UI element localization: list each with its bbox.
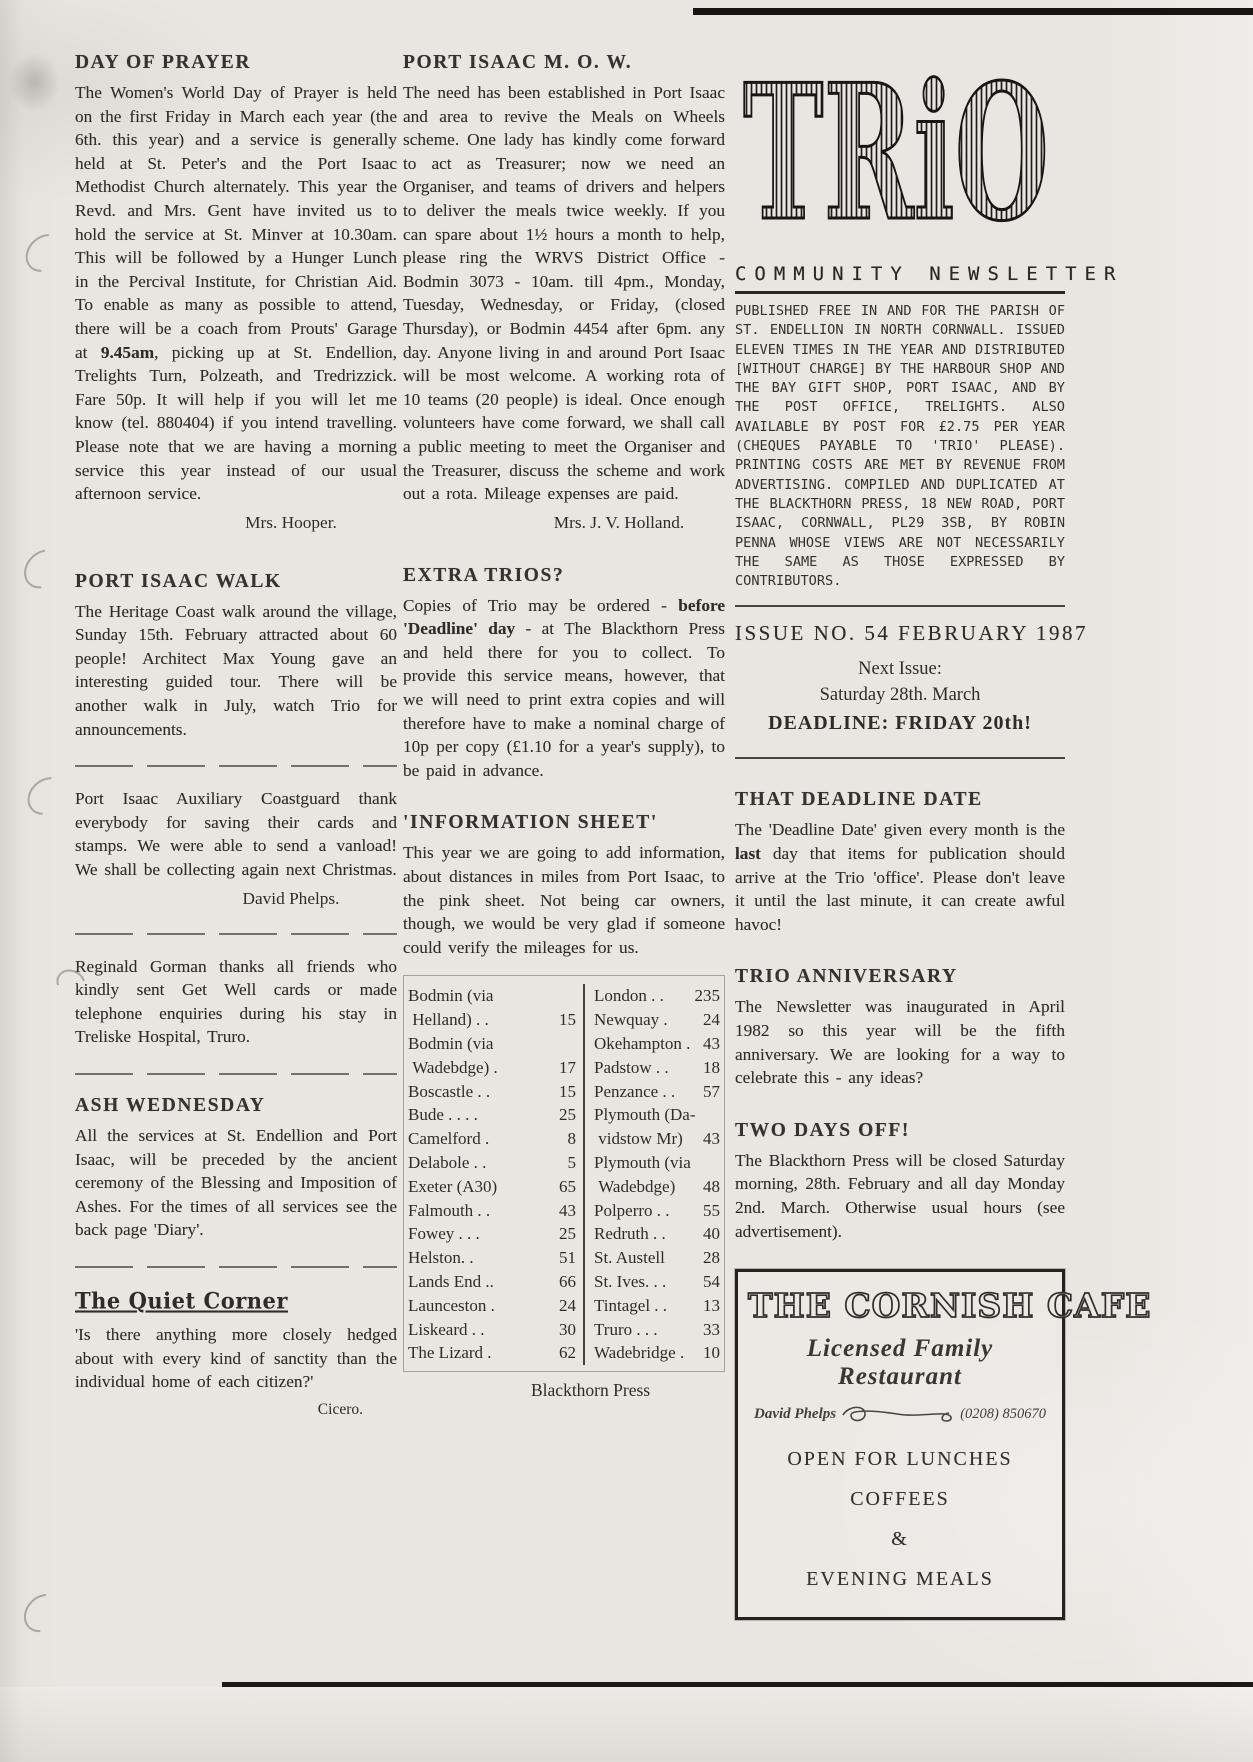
place-name: Delabole . . bbox=[408, 1151, 486, 1175]
mileage-table: Bodmin (via London . .235 Helland) . .15… bbox=[403, 975, 725, 1372]
mileage-cell-left: Fowey . . .25 bbox=[408, 1222, 585, 1246]
article-heading-ash-wednesday: ASH WEDNESDAY bbox=[75, 1095, 397, 1117]
place-name: Bodmin (via bbox=[408, 984, 493, 1008]
mileage-cell-left: Camelford .8 bbox=[408, 1127, 585, 1151]
place-miles: 15 bbox=[559, 1008, 576, 1032]
place-name: Polperro . . bbox=[594, 1199, 670, 1223]
mileage-row: Bodmin (via Okehampton .43 bbox=[408, 1032, 722, 1056]
place-miles: 15 bbox=[559, 1080, 576, 1104]
scan-artifact-mark bbox=[20, 769, 74, 822]
mileage-cell-left: Wadebdge) .17 bbox=[408, 1056, 585, 1080]
place-name: Exeter (A30) bbox=[408, 1175, 497, 1199]
signature-cicero: Cicero. bbox=[75, 1401, 397, 1419]
article-body-quiet-corner: 'Is there anything more closely hedged a… bbox=[75, 1323, 397, 1394]
place-name: Bude . . . . bbox=[408, 1103, 478, 1127]
place-name: Tintagel . . bbox=[594, 1294, 667, 1318]
mileage-cell-right: Penzance . .57 bbox=[585, 1080, 722, 1104]
mileage-cell-left: Helston. .51 bbox=[408, 1246, 585, 1270]
place-name: Okehampton . bbox=[594, 1032, 690, 1056]
place-name: Penzance . . bbox=[594, 1080, 675, 1104]
article-body-extra-trios: Copies of Trio may be ordered - before '… bbox=[403, 594, 725, 783]
place-name: St. Ives. . . bbox=[594, 1270, 666, 1294]
place-name: London . . bbox=[594, 984, 664, 1008]
scan-artifact-mark bbox=[18, 226, 72, 279]
body-text-bold: 9.45am bbox=[101, 343, 154, 362]
article-heading-mow: PORT ISAAC M. O. W. bbox=[403, 52, 725, 74]
section-divider bbox=[75, 933, 397, 935]
mileage-cell-left: Delabole . .5 bbox=[408, 1151, 585, 1175]
article-body-that-deadline-date: The 'Deadline Date' given every month is… bbox=[735, 818, 1065, 936]
place-miles: 25 bbox=[559, 1222, 576, 1246]
article-heading-two-days-off: TWO DAYS OFF! bbox=[735, 1120, 1065, 1142]
mileage-row: Bodmin (via London . .235 bbox=[408, 984, 722, 1008]
article-heading-that-deadline-date: THAT DEADLINE DATE bbox=[735, 789, 1065, 811]
mileage-cell-left: Bodmin (via bbox=[408, 984, 585, 1008]
place-miles: 43 bbox=[703, 1127, 720, 1151]
article-body-mow: The need has been established in Port Is… bbox=[403, 81, 725, 506]
mileage-row: Camelford .8 vidstow Mr)43 bbox=[408, 1127, 722, 1151]
article-heading-day-of-prayer: DAY OF PRAYER bbox=[75, 52, 397, 74]
mileage-row: Lands End ..66 St. Ives. . .54 bbox=[408, 1270, 722, 1294]
cornish-cafe-advert: THE CORNISH CAFE Licensed Family Restaur… bbox=[735, 1269, 1065, 1620]
article-heading-port-isaac-walk: PORT ISAAC WALK bbox=[75, 571, 397, 593]
mileage-cell-left: Lands End ..66 bbox=[408, 1270, 585, 1294]
place-miles: 18 bbox=[703, 1056, 720, 1080]
place-miles: 17 bbox=[559, 1056, 576, 1080]
article-body-gorman: Reginald Gorman thanks all friends who k… bbox=[75, 955, 397, 1049]
mileage-cell-left: Falmouth . .43 bbox=[408, 1199, 585, 1223]
place-name: Padstow . . bbox=[594, 1056, 669, 1080]
mileage-cell-right: Plymouth (via bbox=[585, 1151, 722, 1175]
mileage-cell-left: Bodmin (via bbox=[408, 1032, 585, 1056]
mileage-cell-right: Plymouth (Da- bbox=[585, 1103, 722, 1127]
right-column: TRiO COMMUNITY NEWSLETTER PUBLISHED FREE… bbox=[735, 46, 1065, 1620]
place-name: The Lizard . bbox=[408, 1341, 492, 1365]
trio-logo: TRiO bbox=[739, 46, 1065, 257]
body-text: day that items for publication should ar… bbox=[735, 844, 1065, 934]
place-name: Wadebridge . bbox=[594, 1341, 684, 1365]
place-miles: 65 bbox=[559, 1175, 576, 1199]
article-heading-trio-anniversary: TRIO ANNIVERSARY bbox=[735, 966, 1065, 988]
article-body-day-of-prayer: The Women's World Day of Prayer is held … bbox=[75, 81, 397, 506]
signature-david-phelps: David Phelps. bbox=[75, 889, 397, 909]
place-miles: 8 bbox=[568, 1127, 577, 1151]
mileage-row: Launceston .24 Tintagel . .13 bbox=[408, 1294, 722, 1318]
scan-artifact-top-bar bbox=[693, 8, 1253, 15]
newsletter-page: DAY OF PRAYER The Women's World Day of P… bbox=[0, 0, 1253, 1762]
body-text: Copies of Trio may be ordered - bbox=[403, 596, 678, 615]
body-text: The 'Deadline Date' given every month is… bbox=[735, 820, 1065, 839]
place-name: vidstow Mr) bbox=[594, 1127, 683, 1151]
article-body-ash-wednesday: All the services at St. Endellion and Po… bbox=[75, 1124, 397, 1242]
masthead-text: PUBLISHED FREE IN AND FOR THE PARISH OF … bbox=[735, 302, 1065, 591]
mileage-row: Exeter (A30)65 Wadebdge)48 bbox=[408, 1175, 722, 1199]
scan-artifact-mark bbox=[16, 1586, 70, 1640]
place-name: Plymouth (via bbox=[594, 1151, 691, 1175]
place-miles: 57 bbox=[703, 1080, 720, 1104]
mileage-cell-right: Newquay .24 bbox=[585, 1008, 722, 1032]
middle-column: PORT ISAAC M. O. W. The need has been es… bbox=[403, 52, 725, 1401]
mileage-cell-left: Bude . . . .25 bbox=[408, 1103, 585, 1127]
next-issue-date: Saturday 28th. March bbox=[735, 682, 1065, 708]
left-column: DAY OF PRAYER The Women's World Day of P… bbox=[75, 52, 397, 1419]
article-body-coastguard: Port Isaac Auxiliary Coastguard thank ev… bbox=[75, 787, 397, 881]
mileage-row: The Lizard .62 Wadebridge .10 bbox=[408, 1341, 722, 1365]
place-miles: 24 bbox=[703, 1008, 720, 1032]
place-miles: 62 bbox=[559, 1341, 576, 1365]
place-name: Wadebdge) bbox=[594, 1175, 675, 1199]
newsletter-banner: COMMUNITY NEWSLETTER bbox=[735, 263, 1065, 294]
place-miles: 28 bbox=[703, 1246, 720, 1270]
mileage-cell-left: Boscastle . .15 bbox=[408, 1080, 585, 1104]
next-issue-block: Next Issue: Saturday 28th. March bbox=[735, 656, 1065, 708]
mileage-row: Delabole . .5 Plymouth (via bbox=[408, 1151, 722, 1175]
signature-mrs-hooper: Mrs. Hooper. bbox=[75, 513, 397, 533]
article-body-two-days-off: The Blackthorn Press will be closed Satu… bbox=[735, 1149, 1065, 1243]
place-name: Helland) . . bbox=[408, 1008, 489, 1032]
place-miles: 24 bbox=[559, 1294, 576, 1318]
mileage-cell-left: The Lizard .62 bbox=[408, 1341, 585, 1365]
advert-lines: OPEN FOR LUNCHES COFFEES & EVENING MEALS bbox=[748, 1439, 1052, 1599]
place-miles: 48 bbox=[703, 1175, 720, 1199]
mileage-cell-right: Padstow . .18 bbox=[585, 1056, 722, 1080]
body-text: - at The Blackthorn Press and held there… bbox=[403, 619, 725, 780]
place-miles: 43 bbox=[559, 1199, 576, 1223]
scan-artifact-bottom-bar bbox=[222, 1682, 1253, 1687]
advert-title: THE CORNISH CAFE bbox=[748, 1286, 1052, 1325]
advert-line: & bbox=[748, 1519, 1052, 1559]
mileage-cell-right: Redruth . .40 bbox=[585, 1222, 722, 1246]
next-issue-label: Next Issue: bbox=[735, 656, 1065, 682]
article-heading-information-sheet: 'INFORMATION SHEET' bbox=[403, 812, 725, 834]
article-heading-quiet-corner: The Quiet Corner bbox=[75, 1287, 397, 1313]
mileage-cell-left: Liskeard . .30 bbox=[408, 1318, 585, 1342]
deadline-line: DEADLINE: FRIDAY 20th! bbox=[735, 712, 1065, 735]
place-name: Launceston . bbox=[408, 1294, 495, 1318]
mileage-row: Liskeard . .30 Truro . . .33 bbox=[408, 1318, 722, 1342]
mileage-cell-right: Polperro . .55 bbox=[585, 1199, 722, 1223]
place-miles: 33 bbox=[703, 1318, 720, 1342]
place-miles: 30 bbox=[559, 1318, 576, 1342]
body-text-bold: last bbox=[735, 844, 761, 863]
place-miles: 40 bbox=[703, 1222, 720, 1246]
mileage-cell-right: Truro . . .33 bbox=[585, 1318, 722, 1342]
advert-phone: (0208) 850670 bbox=[960, 1406, 1046, 1423]
mileage-row: Helland) . .15 Newquay .24 bbox=[408, 1008, 722, 1032]
scan-artifact-bottom-edge bbox=[0, 1687, 1253, 1762]
place-miles: 55 bbox=[703, 1199, 720, 1223]
place-name: Lands End .. bbox=[408, 1270, 494, 1294]
body-text: , picking up at St. Endellion, Trelights… bbox=[75, 343, 397, 504]
article-body-trio-anniversary: The Newsletter was inaugurated in April … bbox=[735, 995, 1065, 1089]
mileage-cell-left: Launceston .24 bbox=[408, 1294, 585, 1318]
mileage-row: Bude . . . .25 Plymouth (Da- bbox=[408, 1103, 722, 1127]
mileage-cell-right: Wadebdge)48 bbox=[585, 1175, 722, 1199]
mileage-row: Falmouth . .43 Polperro . .55 bbox=[408, 1199, 722, 1223]
place-name: Wadebdge) . bbox=[408, 1056, 498, 1080]
mileage-row: Fowey . . .25 Redruth . .40 bbox=[408, 1222, 722, 1246]
mileage-cell-right: Tintagel . .13 bbox=[585, 1294, 722, 1318]
mileage-cell-right: Okehampton .43 bbox=[585, 1032, 722, 1056]
mileage-cell-right: Wadebridge .10 bbox=[585, 1341, 722, 1365]
section-divider bbox=[735, 605, 1065, 607]
article-body-information-sheet: This year we are going to add informatio… bbox=[403, 841, 725, 959]
mileage-cell-left: Exeter (A30)65 bbox=[408, 1175, 585, 1199]
place-name: Bodmin (via bbox=[408, 1032, 493, 1056]
place-miles: 5 bbox=[568, 1151, 577, 1175]
mileage-rows: Bodmin (via London . .235 Helland) . .15… bbox=[408, 984, 722, 1365]
advert-subtitle: Licensed Family Restaurant bbox=[748, 1335, 1052, 1391]
place-name: Fowey . . . bbox=[408, 1222, 480, 1246]
mileage-row: Boscastle . .15 Penzance . .57 bbox=[408, 1080, 722, 1104]
advert-proprietor-row: David Phelps (0208) 850670 bbox=[754, 1401, 1046, 1427]
place-name: Helston. . bbox=[408, 1246, 474, 1270]
place-name: Liskeard . . bbox=[408, 1318, 484, 1342]
section-divider bbox=[735, 757, 1065, 759]
mileage-cell-right: St. Ives. . .54 bbox=[585, 1270, 722, 1294]
advert-line: COFFEES bbox=[748, 1479, 1052, 1519]
place-miles: 51 bbox=[559, 1246, 576, 1270]
article-heading-extra-trios: EXTRA TRIOS? bbox=[403, 565, 725, 587]
place-name: Truro . . . bbox=[594, 1318, 658, 1342]
section-divider bbox=[75, 1073, 397, 1075]
place-miles: 10 bbox=[703, 1341, 720, 1365]
trio-logo-text: TRiO bbox=[743, 46, 1049, 252]
place-miles: 66 bbox=[559, 1270, 576, 1294]
mileage-row: Helston. .51 St. Austell28 bbox=[408, 1246, 722, 1270]
body-text: The Women's World Day of Prayer is held … bbox=[75, 83, 397, 362]
scan-artifact-mark bbox=[16, 542, 69, 596]
mileage-cell-left: Helland) . .15 bbox=[408, 1008, 585, 1032]
mileage-cell-right: vidstow Mr)43 bbox=[585, 1127, 722, 1151]
article-body-port-isaac-walk: The Heritage Coast walk around the villa… bbox=[75, 600, 397, 742]
place-name: Redruth . . bbox=[594, 1222, 666, 1246]
place-miles: 54 bbox=[703, 1270, 720, 1294]
place-name: Boscastle . . bbox=[408, 1080, 490, 1104]
place-name: Camelford . bbox=[408, 1127, 489, 1151]
flourish-icon bbox=[839, 1401, 957, 1427]
place-name: Newquay . bbox=[594, 1008, 668, 1032]
signature-mrs-holland: Mrs. J. V. Holland. bbox=[403, 513, 725, 533]
place-name: Falmouth . . bbox=[408, 1199, 490, 1223]
place-miles: 43 bbox=[703, 1032, 720, 1056]
issue-line: ISSUE NO. 54 FEBRUARY 1987 bbox=[735, 621, 1065, 646]
place-miles: 235 bbox=[695, 984, 721, 1008]
advert-line: OPEN FOR LUNCHES bbox=[748, 1439, 1052, 1479]
place-miles: 25 bbox=[559, 1103, 576, 1127]
advert-line: EVENING MEALS bbox=[748, 1559, 1052, 1599]
mileage-cell-right: London . .235 bbox=[585, 984, 722, 1008]
place-miles: 13 bbox=[703, 1294, 720, 1318]
mileage-cell-right: St. Austell28 bbox=[585, 1246, 722, 1270]
scan-artifact-smudge bbox=[8, 52, 60, 112]
section-divider bbox=[75, 1266, 397, 1268]
mileage-row: Wadebdge) .17 Padstow . .18 bbox=[408, 1056, 722, 1080]
advert-proprietor: David Phelps bbox=[754, 1406, 836, 1423]
place-name: St. Austell bbox=[594, 1246, 665, 1270]
section-divider bbox=[75, 765, 397, 767]
place-name: Plymouth (Da- bbox=[594, 1103, 696, 1127]
mileage-table-footer: Blackthorn Press bbox=[531, 1380, 725, 1401]
